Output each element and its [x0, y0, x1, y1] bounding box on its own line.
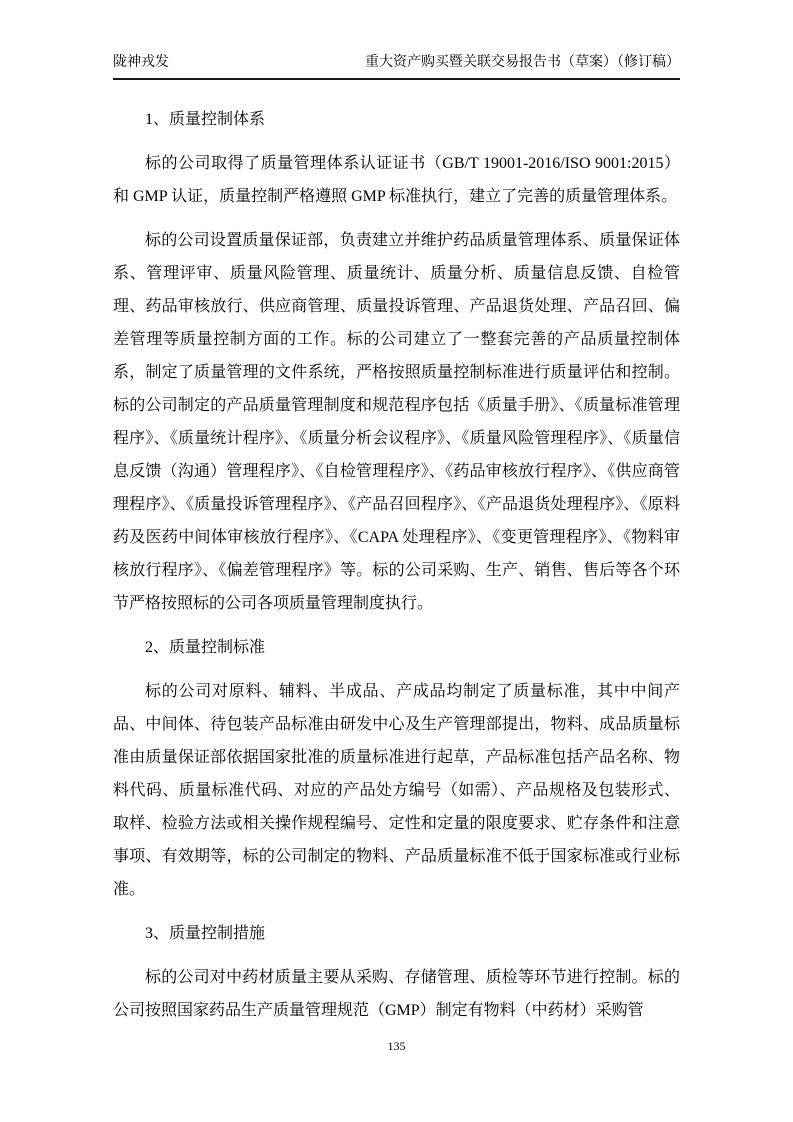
- section-1-heading: 1、质量控制体系: [113, 103, 680, 136]
- document-page: 陇神戎发 重大资产购买暨关联交易报告书（草案）（修订稿） 1、质量控制体系 标的…: [0, 0, 793, 1122]
- section-3-paragraph-1: 标的公司对中药材质量主要从采购、存储管理、质检等环节进行控制。标的公司按照国家药…: [113, 961, 680, 1027]
- page-header: 陇神戎发 重大资产购买暨关联交易报告书（草案）（修订稿）: [113, 52, 680, 80]
- section-2-heading: 2、质量控制标准: [113, 631, 680, 664]
- page-number: 135: [388, 1039, 406, 1053]
- section-1-paragraph-2: 标的公司设置质量保证部，负责建立并维护药品质量管理体系、质量保证体系、管理评审、…: [113, 224, 680, 620]
- page-footer: 135: [0, 1036, 793, 1056]
- header-left-title: 陇神戎发: [113, 52, 169, 74]
- document-body: 1、质量控制体系 标的公司取得了质量管理体系认证证书（GB/T 19001-20…: [113, 92, 680, 1038]
- section-3-heading: 3、质量控制措施: [113, 917, 680, 950]
- section-2-paragraph-1: 标的公司对原料、辅料、半成品、产成品均制定了质量标准，其中中间产品、中间体、待包…: [113, 675, 680, 906]
- section-1-paragraph-1: 标的公司取得了质量管理体系认证证书（GB/T 19001-2016/ISO 90…: [113, 147, 680, 213]
- header-right-title: 重大资产购买暨关联交易报告书（草案）（修订稿）: [365, 52, 680, 74]
